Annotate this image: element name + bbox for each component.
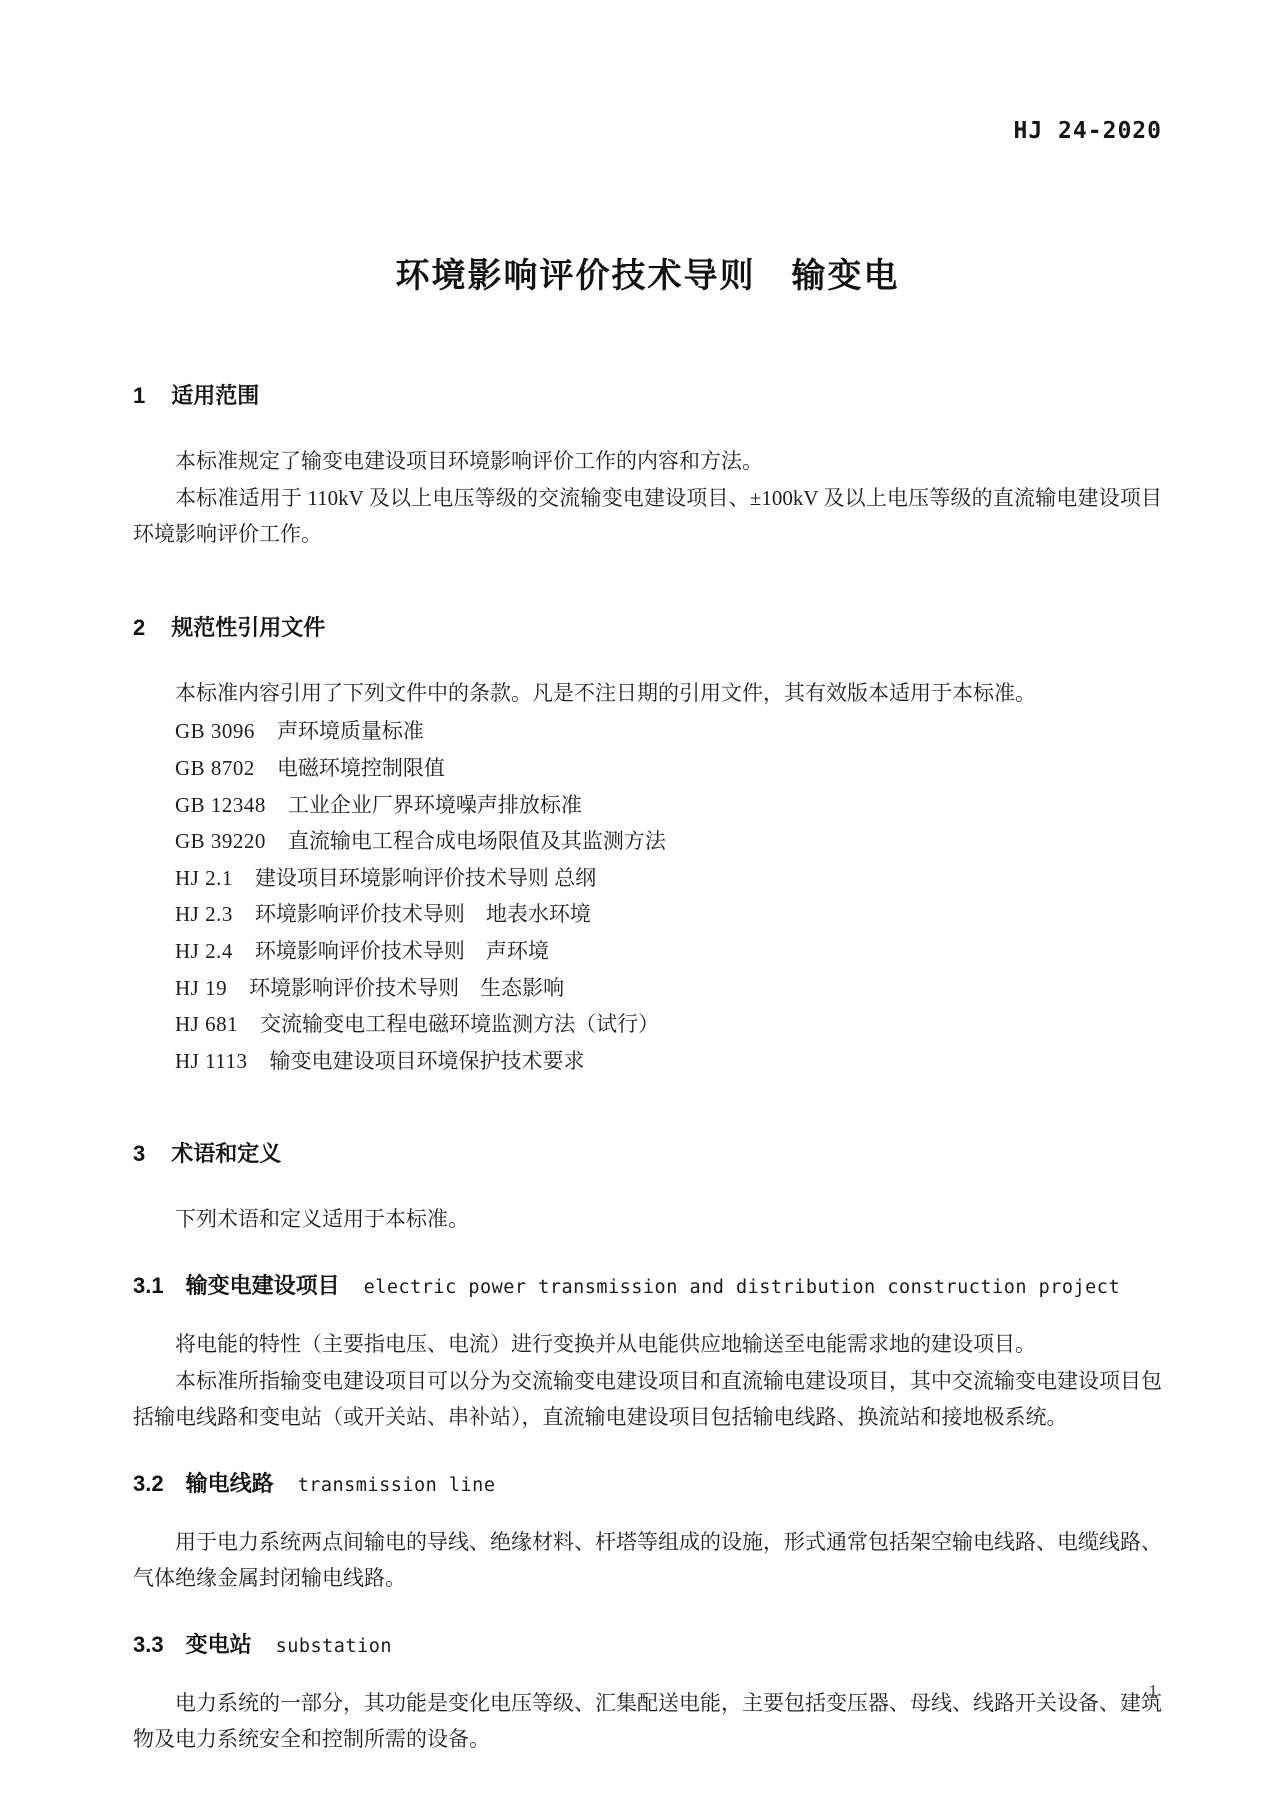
term-name-zh: 变电站: [186, 1632, 252, 1657]
paragraph: 本标准适用于 110kV 及以上电压等级的交流输变电建设项目、±100kV 及以…: [133, 480, 1162, 553]
section-2-title: 规范性引用文件: [171, 615, 325, 640]
reference-list: GB 3096声环境质量标准 GB 8702电磁环境控制限值 GB 12348工…: [133, 713, 1162, 1079]
term-name-en: substation: [276, 1636, 392, 1657]
page-content: HJ 24-2020 环境影响评价技术导则 输变电 1适用范围 本标准规定了输变…: [0, 0, 1280, 1758]
reference-code: HJ 681: [175, 1012, 238, 1036]
reference-code: GB 8702: [175, 756, 255, 780]
paragraph: 电力系统的一部分，其功能是变化电压等级、汇集配送电能，主要包括变压器、母线、线路…: [133, 1685, 1162, 1758]
paragraph: 下列术语和定义适用于本标准。: [133, 1201, 1162, 1238]
reference-title: 建设项目环境影响评价技术导则 总纲: [255, 866, 596, 890]
reference-title: 输变电建设项目环境保护技术要求: [270, 1049, 585, 1073]
section-2-number: 2: [133, 615, 145, 640]
term-3-2-heading: 3.2输电线路transmission line: [133, 1467, 1162, 1498]
reference-item: GB 3096声环境质量标准: [133, 713, 1162, 750]
reference-title: 环境影响评价技术导则 地表水环境: [255, 902, 591, 926]
section-1-number: 1: [133, 383, 145, 408]
section-3-heading: 3术语和定义: [133, 1137, 1162, 1168]
section-3-body: 下列术语和定义适用于本标准。: [133, 1201, 1162, 1238]
reference-item: GB 39220直流输电工程合成电场限值及其监测方法: [133, 823, 1162, 860]
reference-item: GB 8702电磁环境控制限值: [133, 750, 1162, 787]
term-name-zh: 输电线路: [186, 1471, 274, 1496]
term-number: 3.1: [133, 1273, 164, 1298]
term-3-3-heading: 3.3变电站substation: [133, 1628, 1162, 1659]
term-3-2-body: 用于电力系统两点间输电的导线、绝缘材料、杆塔等组成的设施，形式通常包括架空输电线…: [133, 1524, 1162, 1597]
reference-title: 环境影响评价技术导则 声环境: [255, 939, 549, 963]
reference-code: HJ 2.3: [175, 902, 233, 926]
reference-code: HJ 2.1: [175, 866, 233, 890]
paragraph: 本标准内容引用了下列文件中的条款。凡是不注日期的引用文件，其有效版本适用于本标准…: [133, 675, 1162, 712]
document-page: HJ 24-2020 环境影响评价技术导则 输变电 1适用范围 本标准规定了输变…: [0, 0, 1280, 1810]
term-name-en: transmission line: [298, 1475, 496, 1496]
reference-item: HJ 1113输变电建设项目环境保护技术要求: [133, 1043, 1162, 1080]
standard-code: HJ 24-2020: [133, 0, 1162, 144]
section-3-title: 术语和定义: [171, 1141, 281, 1166]
reference-code: HJ 1113: [175, 1049, 248, 1073]
term-name-zh: 输变电建设项目: [186, 1273, 340, 1298]
term-3-3-body: 电力系统的一部分，其功能是变化电压等级、汇集配送电能，主要包括变压器、母线、线路…: [133, 1685, 1162, 1758]
section-2-heading: 2规范性引用文件: [133, 611, 1162, 642]
paragraph: 将电能的特性（主要指电压、电流）进行变换并从电能供应地输送至电能需求地的建设项目…: [133, 1326, 1162, 1363]
reference-item: HJ 2.4环境影响评价技术导则 声环境: [133, 933, 1162, 970]
reference-title: 直流输电工程合成电场限值及其监测方法: [288, 829, 666, 853]
reference-item: HJ 681交流输变电工程电磁环境监测方法（试行）: [133, 1006, 1162, 1043]
section-2-body: 本标准内容引用了下列文件中的条款。凡是不注日期的引用文件，其有效版本适用于本标准…: [133, 675, 1162, 1080]
term-3-1-body: 将电能的特性（主要指电压、电流）进行变换并从电能供应地输送至电能需求地的建设项目…: [133, 1326, 1162, 1436]
section-1-title: 适用范围: [171, 383, 259, 408]
reference-title: 工业企业厂界环境噪声排放标准: [288, 793, 582, 817]
reference-item: GB 12348工业企业厂界环境噪声排放标准: [133, 787, 1162, 824]
term-3-1-heading: 3.1输变电建设项目electric power transmission an…: [133, 1269, 1162, 1300]
page-number: 1: [1148, 1681, 1158, 1704]
reference-item: HJ 2.1建设项目环境影响评价技术导则 总纲: [133, 860, 1162, 897]
reference-title: 电磁环境控制限值: [277, 756, 445, 780]
paragraph: 用于电力系统两点间输电的导线、绝缘材料、杆塔等组成的设施，形式通常包括架空输电线…: [133, 1524, 1162, 1597]
section-1-body: 本标准规定了输变电建设项目环境影响评价工作的内容和方法。 本标准适用于 110k…: [133, 443, 1162, 553]
reference-code: GB 12348: [175, 793, 266, 817]
term-name-en: electric power transmission and distribu…: [364, 1277, 1120, 1298]
reference-item: HJ 19环境影响评价技术导则 生态影响: [133, 970, 1162, 1007]
reference-code: GB 3096: [175, 719, 255, 743]
reference-title: 声环境质量标准: [277, 719, 424, 743]
reference-item: HJ 2.3环境影响评价技术导则 地表水环境: [133, 896, 1162, 933]
reference-code: HJ 19: [175, 976, 227, 1000]
section-3-number: 3: [133, 1141, 145, 1166]
reference-code: HJ 2.4: [175, 939, 233, 963]
reference-code: GB 39220: [175, 829, 266, 853]
paragraph: 本标准规定了输变电建设项目环境影响评价工作的内容和方法。: [133, 443, 1162, 480]
paragraph: 本标准所指输变电建设项目可以分为交流输变电建设项目和直流输电建设项目，其中交流输…: [133, 1363, 1162, 1436]
reference-title: 环境影响评价技术导则 生态影响: [249, 976, 564, 1000]
document-title: 环境影响评价技术导则 输变电: [133, 248, 1162, 297]
section-1-heading: 1适用范围: [133, 379, 1162, 410]
reference-title: 交流输变电工程电磁环境监测方法（试行）: [260, 1012, 659, 1036]
term-number: 3.2: [133, 1471, 164, 1496]
term-number: 3.3: [133, 1632, 164, 1657]
